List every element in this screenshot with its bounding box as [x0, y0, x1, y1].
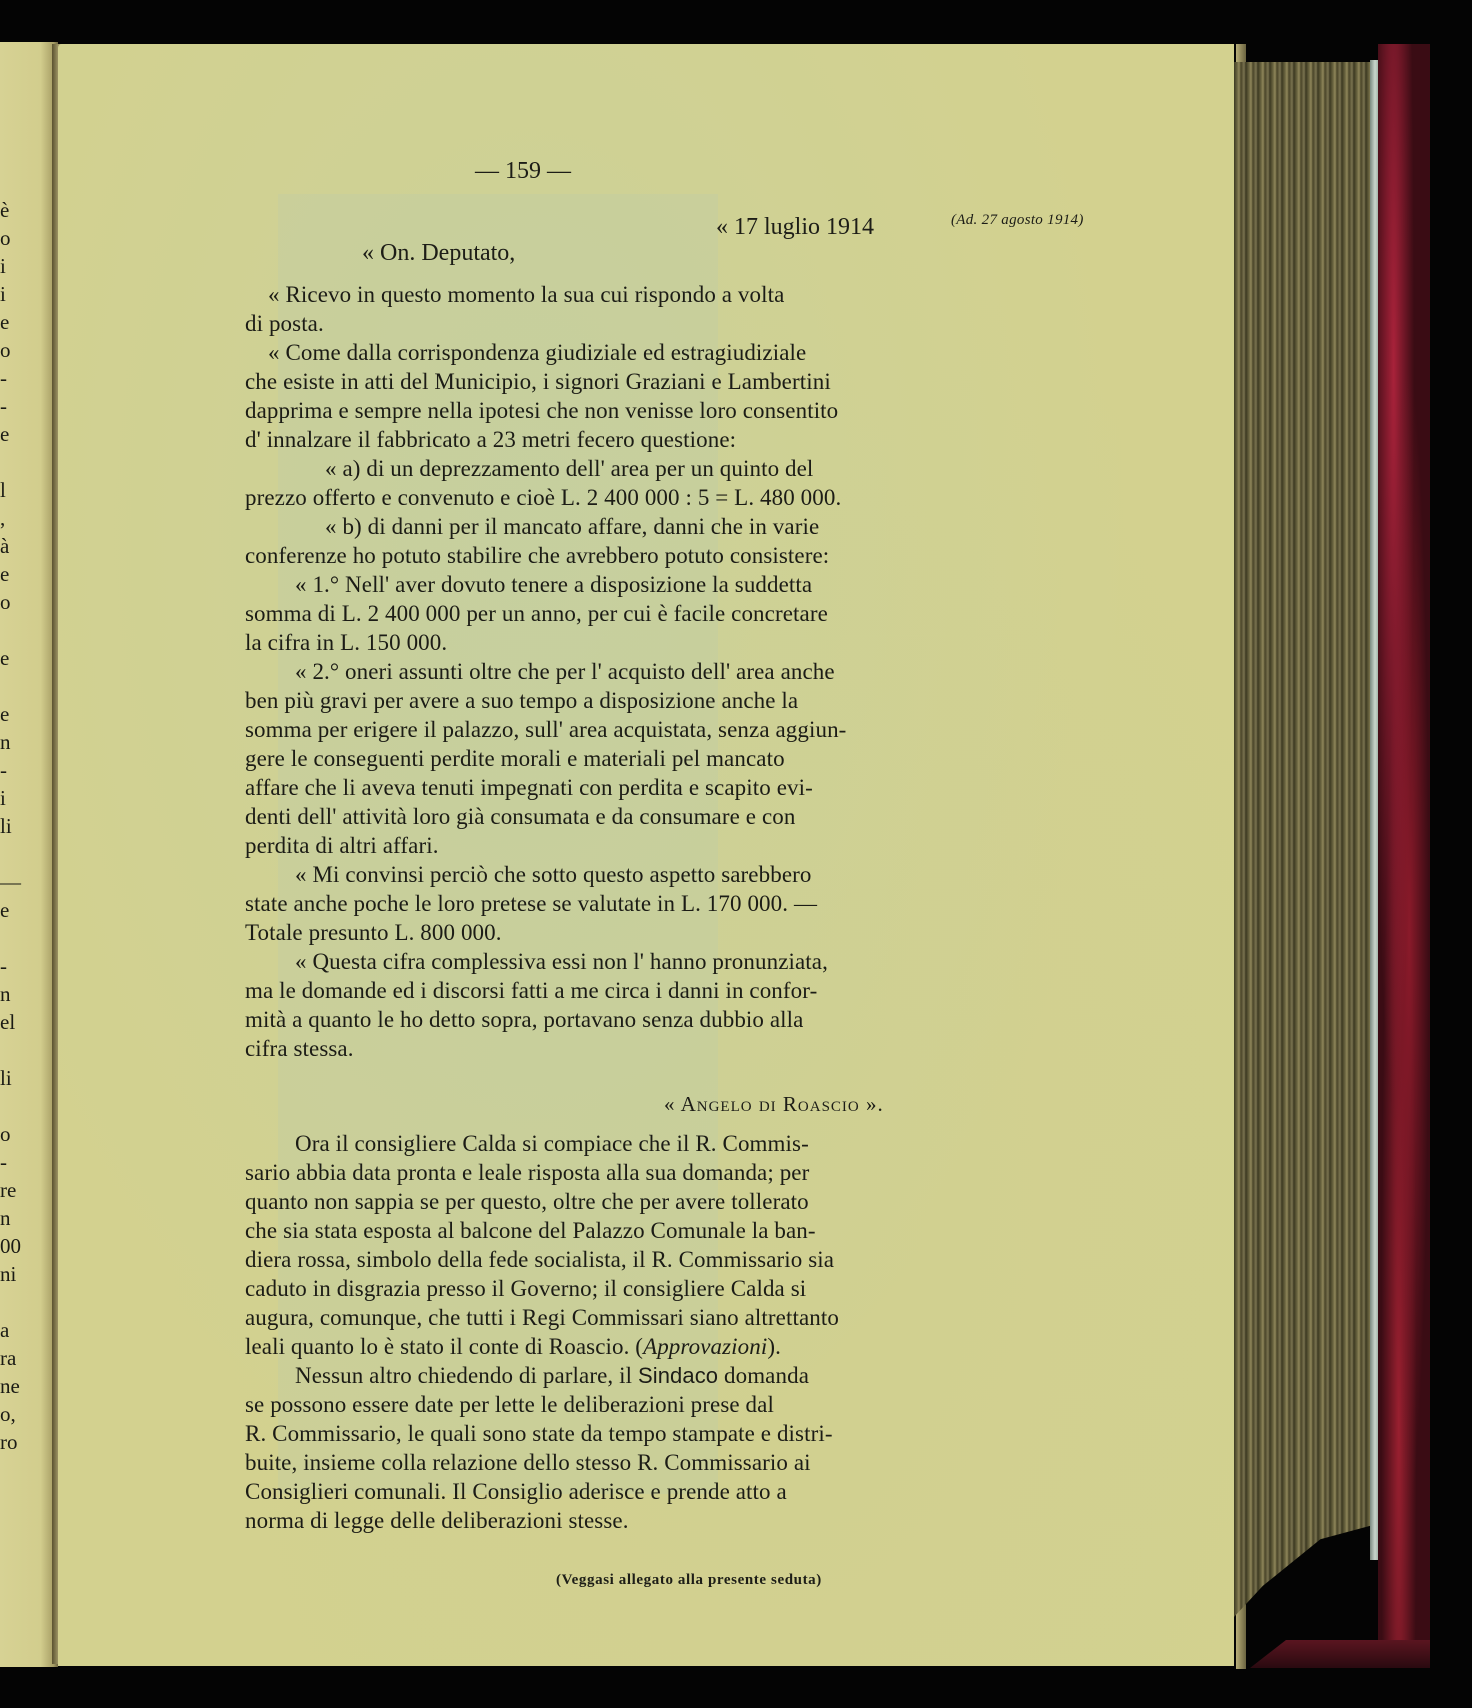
sindaco-before: Nessun altro chiedendo di parlare, il [295, 1363, 638, 1388]
facing-page-text-fragment: - [0, 396, 30, 417]
margin-note: (Ad. 27 agosto 1914) [951, 212, 1084, 229]
sindaco-after: domanda [718, 1363, 809, 1388]
facing-page-text-fragment: o, [0, 1404, 30, 1425]
text-line: diera rossa, simbolo della fede socialis… [245, 1247, 834, 1273]
facing-page-text-fragment: re [0, 1180, 30, 1201]
text-line: somma di L. 2 400 000 per un anno, per c… [245, 601, 828, 627]
facing-page-text-fragment: e [0, 424, 30, 445]
facing-page-text-fragment: ra [0, 1348, 30, 1369]
text-line: quanto non sappia se per questo, oltre c… [245, 1189, 809, 1215]
text-line: se possono essere date per lette le deli… [245, 1392, 774, 1418]
text-line: perdita di altri affari. [245, 833, 439, 859]
text-line: « 2.° oneri assunti oltre che per l' acq… [295, 659, 835, 685]
text-line: somma per erigere il palazzo, sull' area… [245, 717, 846, 743]
letter-date: « 17 luglio 1914 [716, 214, 874, 241]
approvazioni-italic: Approvazioni [643, 1334, 767, 1359]
footer-note: (Veggasi allegato alla presente seduta) [556, 1572, 822, 1589]
text-line: che sia stata esposta al balcone del Pal… [245, 1218, 816, 1244]
facing-page-text-fragment: - [0, 956, 30, 977]
text-line: « Ricevo in questo momento la sua cui ri… [268, 282, 784, 308]
facing-page-text-fragment: e [0, 564, 30, 585]
facing-page-text-fragment: o [0, 592, 30, 613]
text-line: mità a quanto le ho detto sopra, portava… [245, 1007, 803, 1033]
facing-page-text-fragment: o [0, 340, 30, 361]
text-line: conferenze ho potuto stabilire che avreb… [245, 543, 829, 569]
facing-page-text-fragment: 00 [0, 1236, 30, 1257]
text-line: caduto in disgrazia presso il Governo; i… [245, 1276, 806, 1302]
facing-page-text-fragment: i [0, 284, 30, 305]
facing-page-text-fragment: ro [0, 1432, 30, 1453]
facing-page-text-fragment: n [0, 984, 30, 1005]
text-line: dapprima e sempre nella ipotesi che non … [245, 398, 838, 424]
facing-page-text-fragment: ni [0, 1264, 30, 1285]
facing-page-text-fragment: e [0, 312, 30, 333]
facing-page-text-fragment: el [0, 1012, 30, 1033]
text-line: ma le domande ed i discorsi fatti a me c… [245, 978, 817, 1004]
page-number: — 159 — [475, 158, 571, 185]
text-line: « 1.° Nell' aver dovuto tenere a disposi… [295, 572, 812, 598]
facing-page-text-fragment: à [0, 536, 30, 557]
text-line: ben più gravi per avere a suo tempo a di… [245, 688, 798, 714]
marbled-cover-bottom [1250, 1640, 1430, 1668]
approvazioni-before: leali quanto lo è stato il conte di Roas… [245, 1334, 643, 1359]
letter-signature: « Angelo di Roascio ». [664, 1092, 884, 1117]
text-line: R. Commissario, le quali sono state da t… [245, 1421, 833, 1447]
text-line: affare che li aveva tenuti impegnati con… [245, 775, 813, 801]
facing-page-text-fragment: e [0, 900, 30, 921]
facing-page-text-fragment: l [0, 480, 30, 501]
facing-page-text-fragment: li [0, 816, 30, 837]
text-line: augura, comunque, che tutti i Regi Commi… [245, 1305, 839, 1331]
facing-page-text-fragment: - [0, 1152, 30, 1173]
text-line: norma di legge delle deliberazioni stess… [245, 1508, 629, 1534]
text-line: gere le conseguenti perdite morali e mat… [245, 746, 785, 772]
text-line: prezzo offerto e convenuto e cioè L. 2 4… [245, 485, 841, 511]
letter-salutation: « On. Deputato, [362, 240, 515, 267]
text-line: « a) di un deprezzamento dell' area per … [325, 456, 813, 482]
facing-page-text-fragment: è [0, 200, 30, 221]
text-line: Totale presunto L. 800 000. [245, 920, 502, 946]
facing-page-text-fragment: o [0, 1124, 30, 1145]
text-line: denti dell' attività loro già consumata … [245, 804, 795, 830]
text-line: « Questa cifra complessiva essi non l' h… [295, 949, 828, 975]
facing-page-text-fragment: i [0, 256, 30, 277]
facing-page-text-fragment: o [0, 228, 30, 249]
facing-page-text-fragment: - [0, 760, 30, 781]
text-line: cifra stessa. [245, 1036, 354, 1062]
facing-page-text-fragment: n [0, 732, 30, 753]
facing-page-text-fragment: a [0, 1320, 30, 1341]
text-line: « Come dalla corrispondenza giudiziale e… [268, 340, 806, 366]
text-line: sario abbia data pronta e leale risposta… [245, 1160, 809, 1186]
text-line: « b) di danni per il mancato affare, dan… [325, 514, 819, 540]
text-line: state anche poche le loro pretese se val… [245, 891, 817, 917]
facing-page-text-fragment: - [0, 368, 30, 389]
approvazioni-after: ). [767, 1334, 781, 1359]
sindaco-label: Sindaco [638, 1363, 718, 1388]
text-line: Consiglieri comunali. Il Consiglio aderi… [245, 1479, 787, 1505]
text-line: buite, insieme colla relazione dello ste… [245, 1450, 811, 1476]
facing-page-text-fragment: n [0, 1208, 30, 1229]
text-line: d' innalzare il fabbricato a 23 metri fe… [245, 427, 736, 453]
sindaco-line: Nessun altro chiedendo di parlare, il Si… [295, 1363, 809, 1389]
text-line: che esiste in atti del Municipio, i sign… [245, 369, 831, 395]
facing-page-text-fragment: e [0, 648, 30, 669]
facing-page-text-fragment: e [0, 704, 30, 725]
book-fore-edge [1234, 62, 1378, 1617]
text-line: Ora il consigliere Calda si compiace che… [295, 1131, 809, 1157]
facing-page-text-fragment: i [0, 788, 30, 809]
facing-page-text-fragment: , [0, 508, 30, 529]
facing-page-text-fragment: ne [0, 1376, 30, 1397]
text-line: la cifra in L. 150 000. [245, 630, 447, 656]
approvazioni-line: leali quanto lo è stato il conte di Roas… [245, 1334, 781, 1360]
marbled-cover [1378, 44, 1430, 1664]
text-line: di posta. [245, 311, 324, 337]
text-line: « Mi convinsi perciò che sotto questo as… [295, 862, 812, 888]
facing-page-text-fragment: — [0, 872, 30, 893]
facing-page-text-fragment: li [0, 1068, 30, 1089]
